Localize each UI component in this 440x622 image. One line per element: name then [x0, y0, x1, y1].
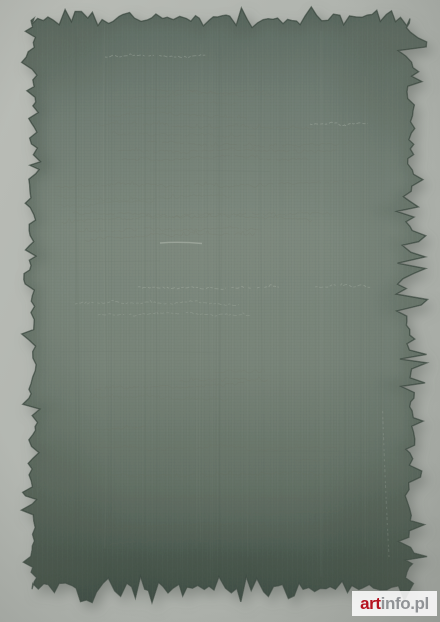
- fabric-artwork: [0, 0, 440, 622]
- watermark-brand: art: [360, 595, 381, 612]
- watermark-badge: artinfo.pl: [352, 591, 437, 616]
- artwork-photo: artinfo.pl: [0, 0, 440, 622]
- photo-vignette: [0, 0, 440, 622]
- watermark-suffix: info.pl: [381, 595, 429, 612]
